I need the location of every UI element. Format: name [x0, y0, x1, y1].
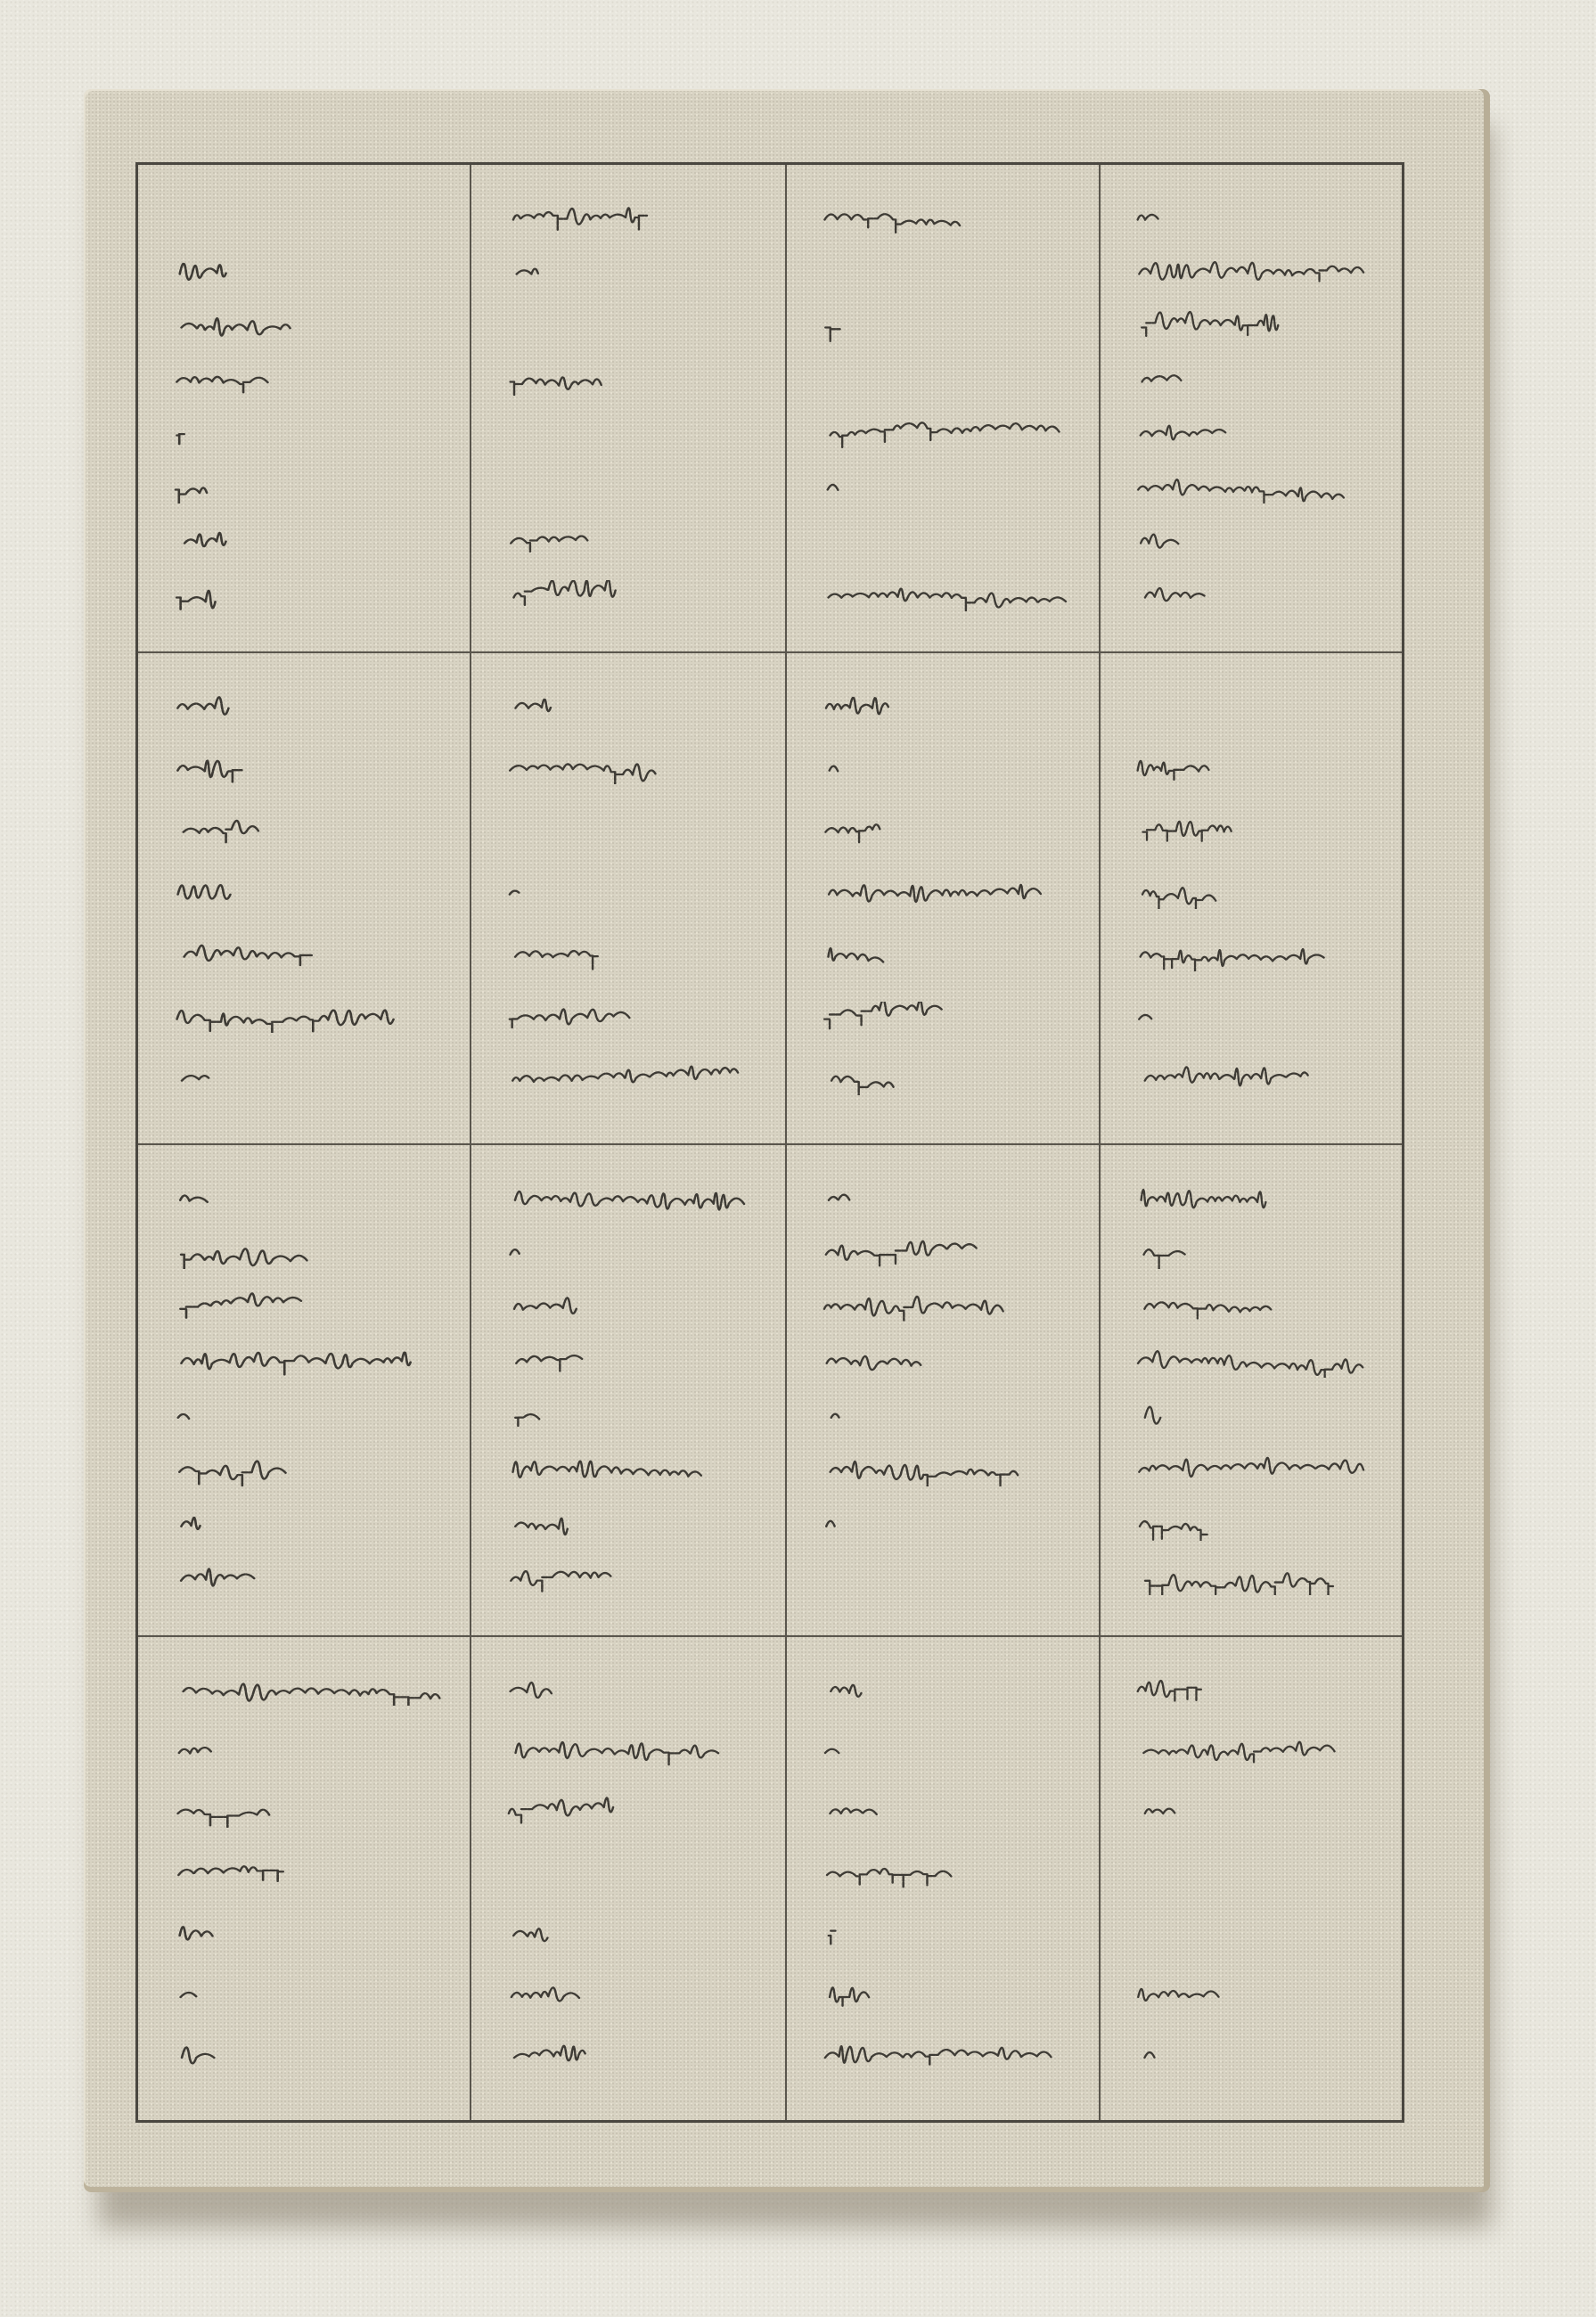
asemic-script-line: [821, 1346, 1072, 1378]
asemic-script-line: [505, 1980, 758, 2011]
asemic-script-line: [172, 1736, 443, 1767]
asemic-script-line: [1134, 1063, 1375, 1095]
asemic-script-line: [821, 202, 1072, 234]
grid-cell: [471, 1637, 787, 2120]
asemic-script-line: [172, 815, 443, 847]
asemic-script-line: [172, 2041, 443, 2072]
asemic-script-line: [821, 1002, 1072, 1034]
asemic-script-line: [1134, 1563, 1375, 1595]
asemic-script-line: [821, 1736, 1072, 1767]
grid-cell: [138, 653, 471, 1145]
grid-cell: [1101, 653, 1402, 1145]
asemic-script-line: [172, 1454, 443, 1486]
asemic-script-line: [505, 257, 758, 289]
grid-cell: [138, 165, 471, 653]
asemic-script-line: [1134, 877, 1375, 909]
asemic-script-line: [821, 1674, 1072, 1706]
grid-cell: [787, 1637, 1101, 2120]
asemic-script-line: [1134, 1919, 1375, 1950]
asemic-script-line: [1134, 418, 1375, 450]
asemic-script-line: [505, 1797, 758, 1828]
asemic-script-line: [1134, 2041, 1375, 2072]
asemic-script-line: [821, 877, 1072, 909]
grid-cell: [1101, 165, 1402, 653]
asemic-script-line: [172, 418, 443, 450]
asemic-script-line: [505, 691, 758, 723]
asemic-script-line: [505, 1002, 758, 1034]
asemic-script-line: [505, 202, 758, 234]
asemic-script-line: [1134, 1183, 1375, 1215]
grid-cell: [787, 653, 1101, 1145]
asemic-script-line: [172, 1919, 443, 1950]
asemic-script-line: [505, 1400, 758, 1432]
grid-cell: [471, 1145, 787, 1637]
asemic-script-line: [821, 815, 1072, 847]
asemic-script-line: [821, 257, 1072, 289]
grid-cell: [1101, 1637, 1402, 2120]
script-grid: [135, 162, 1404, 2123]
asemic-script-line: [821, 1980, 1072, 2011]
asemic-script-line: [505, 1858, 758, 1889]
asemic-script-line: [821, 1183, 1072, 1215]
asemic-script-line: [505, 472, 758, 504]
asemic-script-line: [505, 1674, 758, 1706]
asemic-script-line: [172, 1063, 443, 1095]
grid-cell: [471, 653, 787, 1145]
asemic-script-line: [821, 472, 1072, 504]
asemic-script-line: [505, 1063, 758, 1095]
asemic-script-line: [505, 2041, 758, 2072]
grid-cell: [471, 165, 787, 653]
asemic-script-line: [505, 310, 758, 342]
asemic-script-line: [821, 1237, 1072, 1269]
asemic-script-line: [1134, 1980, 1375, 2011]
asemic-script-line: [821, 1063, 1072, 1095]
asemic-script-line: [172, 939, 443, 971]
asemic-script-line: [505, 1509, 758, 1541]
asemic-script-line: [821, 753, 1072, 785]
asemic-script-line: [505, 1183, 758, 1215]
asemic-script-line: [1134, 202, 1375, 234]
asemic-script-line: [505, 364, 758, 397]
asemic-script-line: [172, 1002, 443, 1034]
asemic-script-line: [172, 753, 443, 785]
asemic-script-line: [505, 939, 758, 971]
asemic-script-line: [172, 364, 443, 397]
asemic-script-line: [172, 580, 443, 612]
asemic-script-line: [172, 1797, 443, 1828]
asemic-script-line: [821, 1509, 1072, 1541]
asemic-script-line: [172, 1509, 443, 1541]
asemic-script-line: [1134, 1346, 1375, 1378]
asemic-script-line: [1134, 472, 1375, 504]
asemic-script-line: [505, 1454, 758, 1486]
asemic-script-line: [172, 691, 443, 723]
asemic-script-line: [1134, 1002, 1375, 1034]
asemic-script-line: [1134, 753, 1375, 785]
asemic-script-line: [172, 877, 443, 909]
asemic-script-line: [172, 1980, 443, 2011]
asemic-script-line: [821, 1454, 1072, 1486]
asemic-script-line: [821, 1563, 1072, 1595]
asemic-script-line: [821, 1797, 1072, 1828]
asemic-script-line: [821, 310, 1072, 342]
asemic-script-line: [1134, 1291, 1375, 1323]
asemic-script-line: [821, 1919, 1072, 1950]
asemic-script-line: [1134, 1858, 1375, 1889]
asemic-script-line: [172, 1183, 443, 1215]
asemic-script-line: [1134, 1454, 1375, 1486]
asemic-script-line: [505, 1919, 758, 1950]
asemic-script-line: [172, 1291, 443, 1323]
asemic-script-line: [1134, 1509, 1375, 1541]
asemic-script-line: [1134, 310, 1375, 342]
asemic-script-line: [1134, 1736, 1375, 1767]
asemic-script-line: [1134, 815, 1375, 847]
asemic-script-line: [1134, 364, 1375, 397]
asemic-script-line: [821, 1291, 1072, 1323]
asemic-script-line: [821, 1400, 1072, 1432]
asemic-script-line: [505, 877, 758, 909]
asemic-script-line: [821, 580, 1072, 612]
asemic-script-line: [821, 364, 1072, 397]
asemic-script-line: [505, 753, 758, 785]
asemic-script-line: [821, 2041, 1072, 2072]
asemic-script-line: [1134, 1237, 1375, 1269]
asemic-script-line: [821, 691, 1072, 723]
asemic-script-line: [1134, 1797, 1375, 1828]
grid-cell: [138, 1637, 471, 2120]
asemic-script-line: [505, 1736, 758, 1767]
asemic-script-line: [505, 1346, 758, 1378]
asemic-script-line: [172, 310, 443, 342]
grid-cell: [138, 1145, 471, 1637]
asemic-script-line: [505, 580, 758, 612]
asemic-script-line: [172, 257, 443, 289]
asemic-script-line: [821, 418, 1072, 450]
asemic-script-line: [821, 1858, 1072, 1889]
asemic-script-line: [1134, 257, 1375, 289]
asemic-script-line: [172, 1237, 443, 1269]
asemic-script-line: [505, 418, 758, 450]
grid-cell: [1101, 1145, 1402, 1637]
asemic-script-line: [172, 1858, 443, 1889]
asemic-script-line: [1134, 691, 1375, 723]
asemic-script-line: [505, 1563, 758, 1595]
asemic-script-line: [505, 1291, 758, 1323]
asemic-script-line: [821, 526, 1072, 558]
asemic-script-line: [1134, 1674, 1375, 1706]
asemic-script-line: [172, 1563, 443, 1595]
asemic-script-line: [172, 202, 443, 234]
asemic-script-line: [1134, 526, 1375, 558]
asemic-script-line: [172, 1400, 443, 1432]
grid-cell: [787, 1145, 1101, 1637]
asemic-script-line: [821, 939, 1072, 971]
asemic-script-line: [505, 1237, 758, 1269]
asemic-script-line: [172, 1674, 443, 1706]
asemic-script-line: [1134, 580, 1375, 612]
asemic-script-line: [1134, 939, 1375, 971]
asemic-script-line: [172, 1346, 443, 1378]
asemic-script-line: [172, 526, 443, 558]
asemic-script-line: [505, 815, 758, 847]
asemic-script-line: [505, 526, 758, 558]
asemic-script-line: [1134, 1400, 1375, 1432]
grid-cell: [787, 165, 1101, 653]
asemic-script-line: [172, 472, 443, 504]
